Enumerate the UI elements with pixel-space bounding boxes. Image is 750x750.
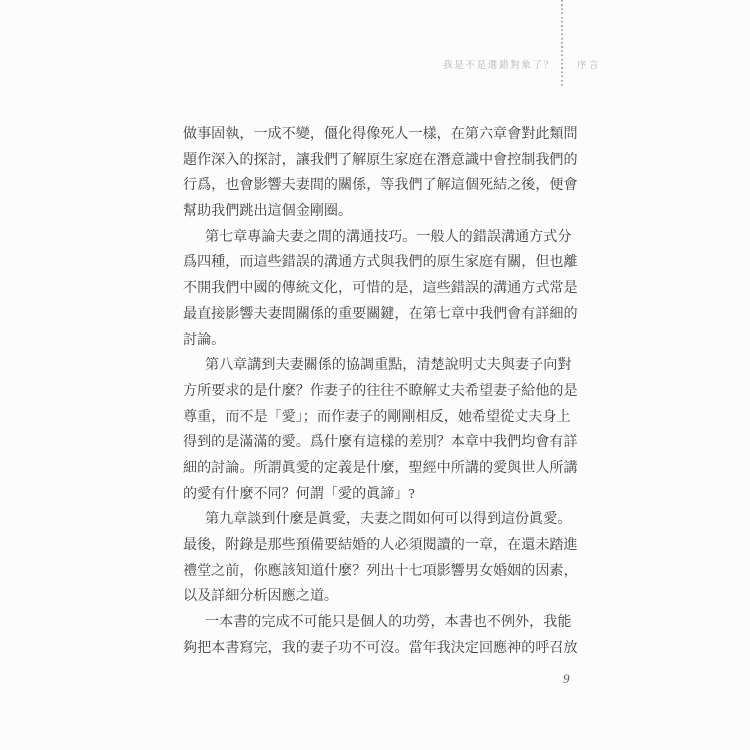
text-line: 題作深入的探討，讓我們了解原生家庭在潛意識中會控制我們的 <box>183 148 583 174</box>
text-line: 尊重，而不是「愛」；而作妻子的剛剛相反，她希望從丈夫身上 <box>183 405 583 431</box>
text-line: 以及詳細分析因應之道。 <box>183 584 583 610</box>
text-line: 禮堂之前，你應該知道什麼？列出十七項影響男女婚姻的因素， <box>183 559 583 585</box>
text-line: 第八章講到夫妻關係的協調重點，清楚說明丈夫與妻子向對 <box>183 353 583 379</box>
text-line: 夠把本書寫完，我的妻子功不可沒。當年我決定回應神的呼召放 <box>183 636 583 662</box>
text-line: 第九章談到什麼是眞愛，夫妻之間如何可以得到這份眞愛。 <box>183 507 583 533</box>
text-line: 得到的是滿滿的愛。爲什麼有這樣的差別？本章中我們均會有詳 <box>183 430 583 456</box>
text-line: 一本書的完成不可能只是個人的功勞，本書也不例外，我能 <box>183 610 583 636</box>
text-line: 細的討論。所謂眞愛的定義是什麼，聖經中所講的愛與世人所講 <box>183 456 583 482</box>
preface-body-text: 做事固執，一成不變，僵化得像死人一樣，在第六章會對此類問題作深入的探討，讓我們了… <box>183 122 583 661</box>
text-line: 方所要求的是什麼？作妻子的往往不瞭解丈夫希望妻子給他的是 <box>183 379 583 405</box>
text-line: 最後，附錄是那些預備要結婚的人必須閱讀的一章，在還未踏進 <box>183 533 583 559</box>
running-head-section-label: 序言 <box>577 57 601 71</box>
text-line: 的愛有什麼不同？何謂「愛的眞諦」? <box>183 482 583 508</box>
page-number: 9 <box>563 671 570 687</box>
text-line: 行爲，也會影響夫妻間的關係，等我們了解這個死結之後，便會 <box>183 173 583 199</box>
running-head-book-title: 我是不是選錯對象了？ <box>443 57 555 71</box>
text-line: 最直接影響夫妻間關係的重要關鍵，在第七章中我們會有詳細的 <box>183 302 583 328</box>
text-line: 做事固執，一成不變，僵化得像死人一樣，在第六章會對此類問 <box>183 122 583 148</box>
text-line: 不開我們中國的傳統文化，可惜的是，這些錯誤的溝通方式常是 <box>183 276 583 302</box>
text-line: 討論。 <box>183 328 583 354</box>
text-line: 第七章專論夫妻之間的溝通技巧。一般人的錯誤溝通方式分 <box>183 225 583 251</box>
text-line: 爲四種，而這些錯誤的溝通方式與我們的原生家庭有關，但也離 <box>183 250 583 276</box>
book-page-scan: 我是不是選錯對象了？ 序言 做事固執，一成不變，僵化得像死人一樣，在第六章會對此… <box>0 0 750 750</box>
text-line: 幫助我們跳出這個金剛圈。 <box>183 199 583 225</box>
dotted-divider <box>561 0 563 88</box>
